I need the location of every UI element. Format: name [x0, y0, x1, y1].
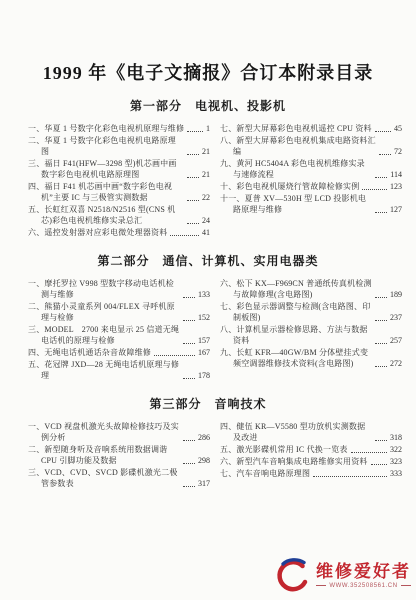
toc-item: 二、新型随身听及音响系统用数据调谐 CPU 引脚功能及数据298 — [28, 444, 210, 466]
dot-leader — [183, 378, 195, 379]
toc-item-title: 六、新型汽车音响集成电路维修实用资料 — [220, 456, 368, 467]
toc-item-title: 五、长虹红双喜 N2518/N2516 型(CNS 机芯)彩色电视机维修实录总汇 — [28, 204, 184, 226]
dot-leader — [154, 355, 195, 356]
toc-item-title: 三、MODEL 2700 来电显示 25 信道无绳电话机的原理与检修 — [28, 324, 180, 346]
dash-divider — [316, 585, 326, 586]
dot-leader — [375, 366, 387, 367]
toc-item: 二、华夏 1 号数字化彩色电视机电路原理图21 — [28, 135, 210, 157]
toc-column-left: 一、华夏 1 号数字化彩色电视机原理与维修1二、华夏 1 号数字化彩色电视机电路… — [28, 123, 210, 239]
toc-item: 六、遥控发射器对应彩电微处理器资料41 — [28, 227, 210, 238]
toc-item-page: 322 — [390, 444, 402, 455]
toc-item-page: 298 — [198, 455, 210, 466]
toc-item-title: 一、摩托罗拉 V998 型数字移动电话机检测与维修 — [28, 278, 180, 300]
dot-leader — [375, 212, 387, 213]
toc-item-title: 五、花冠牌 JXD—28 无绳电话机原理与修理 — [28, 359, 180, 381]
toc-column-left: 一、摩托罗拉 V998 型数字移动电话机检测与维修133二、熊猫小灵童系列 00… — [28, 278, 210, 382]
toc-item-page: 237 — [390, 312, 402, 323]
watermark-text-block: 维修爱好者 WWW.352508561.CN — [316, 562, 411, 589]
toc-item-title: 二、熊猫小灵童系列 004/FLEX 寻呼机原理与检修 — [28, 301, 180, 323]
toc-item: 六、新型汽车音响集成电路维修实用资料323 — [220, 456, 402, 467]
dot-leader — [375, 177, 387, 178]
toc-item-title: 七、汽车音响电路原理图 — [220, 468, 310, 479]
dot-leader — [187, 223, 199, 224]
toc-item: 六、松下 KX—F969CN 普通纸传真机检测与故障修理(含电路图)189 — [220, 278, 402, 300]
toc-item-title: 八、计算机显示器检修思路、方法与数据资料 — [220, 324, 372, 346]
toc-item: 五、花冠牌 JXD—28 无绳电话机原理与修理178 — [28, 359, 210, 381]
toc-item-page: 257 — [390, 335, 402, 346]
toc-item-page: 272 — [390, 358, 402, 369]
watermark-logo-icon — [274, 555, 312, 595]
toc-item: 一、VCD 视盘机激光头故障检修技巧及实例分析286 — [28, 421, 210, 443]
dot-leader — [313, 476, 387, 477]
toc-item-title: 一、华夏 1 号数字化彩色电视机原理与维修 — [28, 123, 184, 134]
dot-leader — [187, 200, 199, 201]
dot-leader — [183, 440, 195, 441]
dash-divider — [401, 585, 411, 586]
toc-item: 三、VCD、CVD、SVCD 影碟机激光二极管参数表317 — [28, 467, 210, 489]
toc-item-title: 七、新型大屏幕彩色电视机遥控 CPU 资料 — [220, 123, 372, 134]
toc-item-title: 四、福日 F41 机芯画中画“数字彩色电视机”主要 IC 与三极管实测数据 — [28, 181, 184, 203]
toc-item: 五、长虹红双喜 N2518/N2516 型(CNS 机芯)彩色电视机维修实录总汇… — [28, 204, 210, 226]
toc-item: 三、MODEL 2700 来电显示 25 信道无绳电话机的原理与检修157 — [28, 324, 210, 346]
page-title: 1999 年《电子文摘报》合订本附录目录 — [0, 0, 416, 86]
dot-leader — [351, 452, 387, 453]
toc-item: 二、熊猫小灵童系列 004/FLEX 寻呼机原理与检修152 — [28, 301, 210, 323]
toc-item-title: 七、彩色显示器调整与检测(含电路图、印制板图) — [220, 301, 372, 323]
toc-item-title: 三、VCD、CVD、SVCD 影碟机激光二极管参数表 — [28, 467, 180, 489]
toc-item-page: 127 — [390, 204, 402, 215]
dot-leader — [375, 440, 387, 441]
toc-sections: 第一部分 电视机、投影机一、华夏 1 号数字化彩色电视机原理与维修1二、华夏 1… — [0, 97, 416, 490]
toc-item: 五、激光影碟机常用 IC 代换一览表322 — [220, 444, 402, 455]
toc-item-page: 72 — [394, 146, 402, 157]
toc-item-title: 二、新型随身听及音响系统用数据调谐 CPU 引脚功能及数据 — [28, 444, 180, 466]
dot-leader — [379, 154, 391, 155]
section-heading: 第三部分 音响技术 — [0, 395, 416, 412]
toc-item-page: 323 — [390, 456, 402, 467]
toc-item-page: 133 — [198, 289, 210, 300]
toc-item-page: 21 — [202, 169, 210, 180]
toc-item: 四、健伍 KR—V5580 型功放机实测数据及改进318 — [220, 421, 402, 443]
toc-item-title: 九、长虹 KFR—40GW/BM 分体壁挂式变频空调器维修技术资料(含电路图) — [220, 347, 372, 369]
toc-column-right: 四、健伍 KR—V5580 型功放机实测数据及改进318五、激光影碟机常用 IC… — [220, 421, 402, 490]
dot-leader — [187, 177, 199, 178]
toc-item-page: 318 — [390, 432, 402, 443]
toc-item-page: 286 — [198, 432, 210, 443]
toc-item-page: 123 — [390, 181, 402, 192]
toc-item-title: 六、遥控发射器对应彩电微处理器资料 — [28, 227, 167, 238]
toc-item: 八、新型大屏幕彩色电视机集成电路资料汇编72 — [220, 135, 402, 157]
watermark-url-row: WWW.352508561.CN — [316, 583, 411, 589]
toc-item-page: 24 — [202, 215, 210, 226]
section-heading: 第二部分 通信、计算机、实用电器类 — [0, 252, 416, 269]
toc-item-page: 333 — [390, 468, 402, 479]
dot-leader — [183, 297, 195, 298]
toc-section: 第三部分 音响技术一、VCD 视盘机激光头故障检修技巧及实例分析286二、新型随… — [0, 395, 416, 490]
toc-item-page: 178 — [198, 370, 210, 381]
section-columns: 一、华夏 1 号数字化彩色电视机原理与维修1二、华夏 1 号数字化彩色电视机电路… — [0, 123, 416, 239]
watermark-site-name: 维修爱好者 — [316, 562, 411, 581]
toc-item-title: 九、黄河 HC5404A 彩色电视机维修实录与速修流程 — [220, 158, 372, 180]
dot-leader — [375, 343, 387, 344]
toc-item-page: 114 — [390, 169, 402, 180]
toc-item-title: 八、新型大屏幕彩色电视机集成电路资料汇编 — [220, 135, 376, 157]
dot-leader — [183, 320, 195, 321]
toc-item: 三、福日 F41(HFW—3298 型)机芯画中画数字彩色电视机电路原理图21 — [28, 158, 210, 180]
toc-item-title: 四、健伍 KR—V5580 型功放机实测数据及改进 — [220, 421, 372, 443]
dot-leader — [187, 154, 199, 155]
toc-item-title: 五、激光影碟机常用 IC 代换一览表 — [220, 444, 348, 455]
section-columns: 一、摩托罗拉 V998 型数字移动电话机检测与维修133二、熊猫小灵童系列 00… — [0, 278, 416, 382]
toc-item-page: 41 — [202, 227, 210, 238]
toc-item: 一、摩托罗拉 V998 型数字移动电话机检测与维修133 — [28, 278, 210, 300]
toc-item: 七、汽车音响电路原理图333 — [220, 468, 402, 479]
toc-item: 十一、夏普 XV—530H 型 LCD 投影机电路原理与维修127 — [220, 193, 402, 215]
toc-item-title: 六、松下 KX—F969CN 普通纸传真机检测与故障修理(含电路图) — [220, 278, 372, 300]
watermark: 维修爱好者 WWW.352508561.CN — [274, 555, 411, 595]
toc-item-page: 167 — [198, 347, 210, 358]
dot-leader — [362, 189, 387, 190]
toc-item-page: 152 — [198, 312, 210, 323]
toc-item: 四、无绳电话机通话杂音故障维修167 — [28, 347, 210, 358]
toc-section: 第二部分 通信、计算机、实用电器类一、摩托罗拉 V998 型数字移动电话机检测与… — [0, 252, 416, 382]
toc-item-page: 157 — [198, 335, 210, 346]
toc-section: 第一部分 电视机、投影机一、华夏 1 号数字化彩色电视机原理与维修1二、华夏 1… — [0, 97, 416, 239]
toc-item-page: 189 — [390, 289, 402, 300]
toc-item: 九、黄河 HC5404A 彩色电视机维修实录与速修流程114 — [220, 158, 402, 180]
dot-leader — [375, 297, 387, 298]
toc-item-page: 21 — [202, 146, 210, 157]
toc-item: 八、计算机显示器检修思路、方法与数据资料257 — [220, 324, 402, 346]
dot-leader — [183, 343, 195, 344]
section-heading: 第一部分 电视机、投影机 — [0, 97, 416, 114]
toc-item-page: 22 — [202, 192, 210, 203]
dot-leader — [375, 131, 391, 132]
toc-column-left: 一、VCD 视盘机激光头故障检修技巧及实例分析286二、新型随身听及音响系统用数… — [28, 421, 210, 490]
toc-item: 七、新型大屏幕彩色电视机遥控 CPU 资料45 — [220, 123, 402, 134]
dot-leader — [187, 131, 203, 132]
toc-item: 七、彩色显示器调整与检测(含电路图、印制板图)237 — [220, 301, 402, 323]
dot-leader — [375, 320, 387, 321]
scanned-toc-page: 1999 年《电子文摘报》合订本附录目录 第一部分 电视机、投影机一、华夏 1 … — [0, 0, 416, 600]
dot-leader — [170, 235, 199, 236]
toc-item-page: 317 — [198, 478, 210, 489]
toc-item-title: 三、福日 F41(HFW—3298 型)机芯画中画数字彩色电视机电路原理图 — [28, 158, 184, 180]
watermark-url: WWW.352508561.CN — [329, 583, 397, 589]
toc-item: 一、华夏 1 号数字化彩色电视机原理与维修1 — [28, 123, 210, 134]
dot-leader — [183, 486, 195, 487]
toc-column-right: 六、松下 KX—F969CN 普通纸传真机检测与故障修理(含电路图)189七、彩… — [220, 278, 402, 382]
toc-item-title: 四、无绳电话机通话杂音故障维修 — [28, 347, 151, 358]
dot-leader — [183, 463, 195, 464]
toc-item-page: 1 — [206, 123, 210, 134]
toc-item-page: 45 — [394, 123, 402, 134]
toc-item: 四、福日 F41 机芯画中画“数字彩色电视机”主要 IC 与三极管实测数据22 — [28, 181, 210, 203]
toc-item-title: 十、彩色电视机屡烧行管故障检修实例 — [220, 181, 359, 192]
toc-item: 十、彩色电视机屡烧行管故障检修实例123 — [220, 181, 402, 192]
toc-item-title: 一、VCD 视盘机激光头故障检修技巧及实例分析 — [28, 421, 180, 443]
toc-item-title: 十一、夏普 XV—530H 型 LCD 投影机电路原理与维修 — [220, 193, 372, 215]
section-columns: 一、VCD 视盘机激光头故障检修技巧及实例分析286二、新型随身听及音响系统用数… — [0, 421, 416, 490]
dot-leader — [371, 464, 387, 465]
toc-item-title: 二、华夏 1 号数字化彩色电视机电路原理图 — [28, 135, 184, 157]
toc-column-right: 七、新型大屏幕彩色电视机遥控 CPU 资料45八、新型大屏幕彩色电视机集成电路资… — [220, 123, 402, 239]
toc-item: 九、长虹 KFR—40GW/BM 分体壁挂式变频空调器维修技术资料(含电路图)2… — [220, 347, 402, 369]
